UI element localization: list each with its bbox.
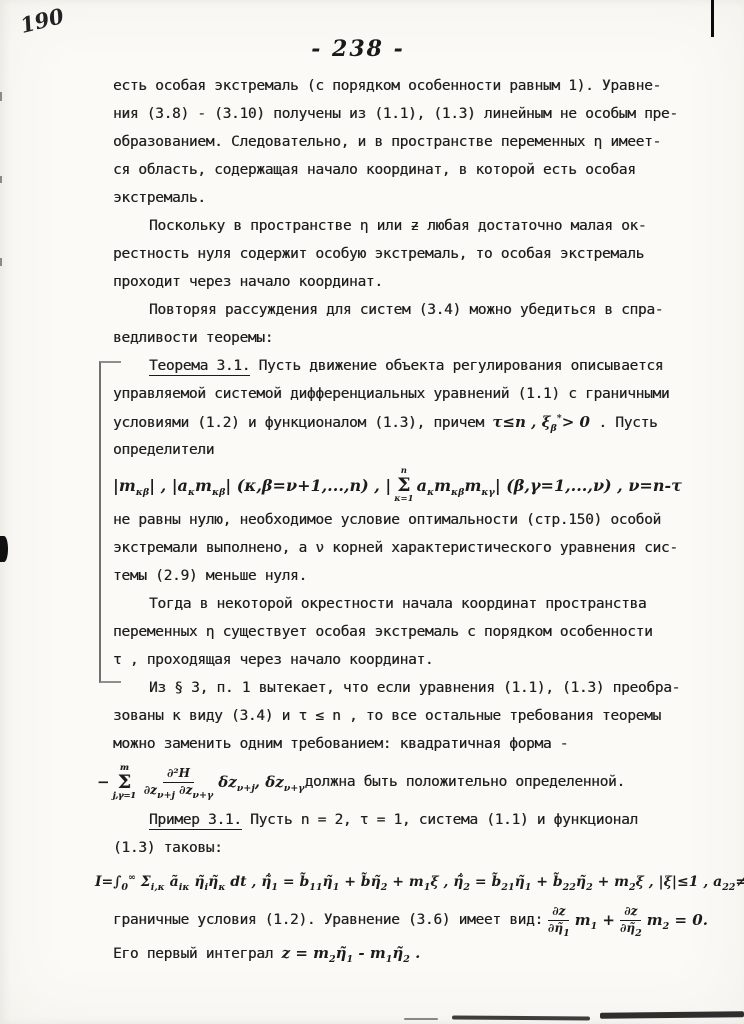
text-line: образованием. Следовательно, и в простра… (113, 128, 729, 156)
theorem-label: Теорема 3.1. (149, 358, 250, 376)
text-line: ся область, содержащая начало координат,… (113, 156, 729, 184)
formula-part: aκmκβmκγ| (β,γ=1,...,ν) , ν=n-τ (417, 476, 682, 495)
gradient-equation-line: граничные условия (1.2). Уравнение (3.6)… (113, 902, 729, 938)
text-line: ния (3.8) - (3.10) получены из (1.1), (1… (113, 100, 729, 128)
scan-artifact-corner-line (711, 0, 714, 37)
theorem-heading-line: Теорема 3.1. Пусть движение объекта регу… (113, 352, 729, 380)
scan-artifact-edge-tick (0, 258, 2, 266)
page-number: - 238 - (288, 36, 428, 62)
quadratic-form-formula: − m Σ j,γ=1 ∂²H ∂zν+j ∂zν+γ δzν+j, δzν+γ… (97, 758, 729, 806)
fraction-numerator: ∂z (548, 905, 569, 921)
text-line: можно заменить одним требованием: квадра… (113, 730, 729, 758)
formula-part: I=∫0∞ Σi,κ ãiκ η̃iη̃κ dt , η̃̇1 = b̃11η̃… (95, 874, 744, 890)
text-line: Из § 3, п. 1 вытекает, что если уравнени… (113, 674, 729, 702)
text-line-with-formula: условиями (1.2) и функционалом (1.3), пр… (113, 408, 729, 436)
sum-lower-limit: κ=1 (394, 495, 413, 504)
text-line: ведливости теоремы: (113, 324, 729, 352)
text-line: τ , проходящая через начало координат. (113, 646, 729, 674)
document-body: есть особая экстремаль (с порядком особе… (113, 72, 729, 968)
sum-operator: m Σ j,γ=1 (113, 764, 136, 800)
typed-text: условиями (1.2) и функционалом (1.3), пр… (113, 415, 492, 431)
scan-artifact-edge-blob (0, 536, 8, 562)
fraction-denominator: ∂η̃1 (548, 921, 570, 936)
text-line: Поскольку в пространстве η или ƶ любая д… (113, 212, 729, 240)
text-line: зованы к виду (3.4) и τ ≤ n , то все ост… (113, 702, 729, 730)
sigma-icon: Σ (397, 476, 410, 495)
text-line: не равны нулю, необходимое условие оптим… (113, 506, 729, 534)
fraction-numerator: ∂z (620, 905, 641, 921)
text-line: проходит через начало координат. (113, 268, 729, 296)
handwritten-page-note: 190 (18, 3, 67, 38)
text-line: определители (113, 436, 729, 464)
handwritten-condition-formula: τ≤n , ξβ*> 0 (492, 413, 590, 431)
first-integral-line: Его первый интеграл z = m2η̃1 - m1η̃2 . (113, 938, 729, 968)
text-line: экстремаль. (113, 184, 729, 212)
determinants-formula: |mκβ| , |aκmκβ| (κ,β=ν+1,...,n) , | n Σ … (113, 464, 729, 506)
scan-artifact-edge-tick (0, 92, 2, 101)
sum-lower-limit: j,γ=1 (113, 792, 136, 801)
minus-sign: − (97, 773, 110, 791)
fraction: ∂z ∂η̃2 (620, 905, 642, 936)
example-heading-line: Пример 3.1. Пусть n = 2, τ = 1, система … (113, 806, 729, 834)
text-line: есть особая экстремаль (с порядком особе… (113, 72, 729, 100)
typed-text: граничные условия (1.2). Уравнение (3.6)… (113, 912, 543, 928)
fraction-denominator: ∂η̃2 (620, 921, 642, 936)
sigma-icon: Σ (118, 773, 131, 792)
first-integral-formula: z = m2η̃1 - m1η̃2 . (282, 944, 421, 962)
theorem-text: Пусть движение объекта регулирования опи… (250, 358, 663, 374)
scan-artifact-bottom-smudge (600, 1011, 744, 1019)
scan-artifact-bottom-smudge (404, 1018, 438, 1020)
fraction-numerator: ∂²H (163, 767, 194, 783)
example-label: Пример 3.1. (149, 812, 242, 830)
fraction-denominator: ∂zν+j ∂zν+γ (144, 783, 213, 798)
typed-text: Его первый интеграл (113, 946, 282, 962)
text-line: (1.3) таковы: (113, 834, 729, 862)
text-line: экстремали выполнено, а ν корней характе… (113, 534, 729, 562)
scan-artifact-edge-tick (0, 176, 2, 183)
text-line: темы (2.9) меньше нуля. (113, 562, 729, 590)
formula-part: m2 = 0. (647, 911, 708, 929)
formula-part: |mκβ| , |aκmκβ| (κ,β=ν+1,...,n) , | (113, 476, 391, 495)
formula-part: δzν+j, δzν+γ (218, 773, 304, 791)
equation-3-16: I=∫0∞ Σi,κ ãiκ η̃iη̃κ dt , η̃̇1 = b̃11η̃… (95, 862, 729, 902)
sum-operator: n Σ κ=1 (394, 467, 413, 503)
text-line: переменных η существует особая экстремал… (113, 618, 729, 646)
typed-text: должна быть положительно определенной. (305, 774, 625, 790)
text-line: рестность нуля содержит особую экстремал… (113, 240, 729, 268)
fraction: ∂²H ∂zν+j ∂zν+γ (144, 767, 213, 798)
text-line: Тогда в некоторой окрестности начала коо… (113, 590, 729, 618)
text-line: Повторяя рассуждения для систем (3.4) мо… (113, 296, 729, 324)
text-line: управляемой системой дифференциальных ур… (113, 380, 729, 408)
typed-text: . Пусть (590, 415, 657, 431)
scan-artifact-bottom-smudge (452, 1016, 590, 1021)
formula-part: m1 + (575, 911, 615, 929)
example-text: Пусть n = 2, τ = 1, система (1.1) и функ… (242, 812, 638, 828)
fraction: ∂z ∂η̃1 (548, 905, 570, 936)
